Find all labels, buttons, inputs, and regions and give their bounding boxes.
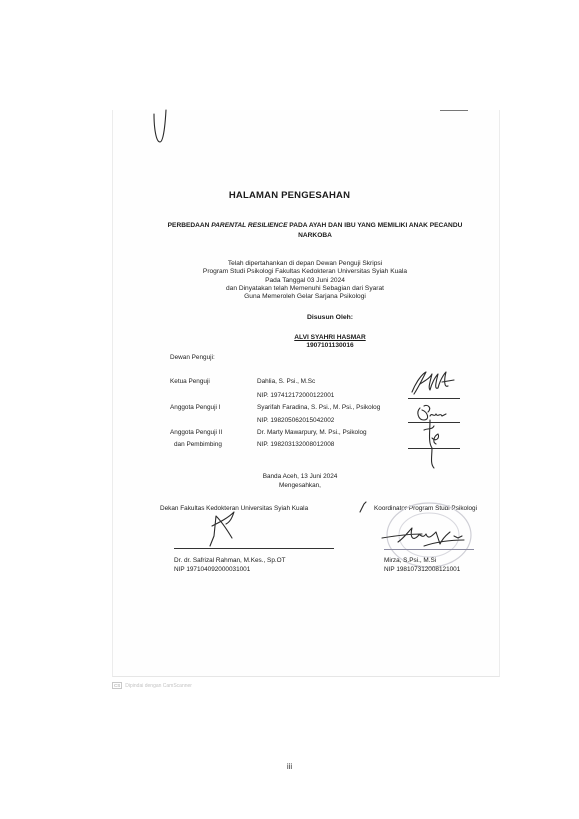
signature-dean [200,508,260,548]
defense-line: Pada Tanggal 03 Juni 2024 [150,277,460,285]
signature-line-dean [174,548,334,549]
approver-name: Dr. dr. Safrizal Rahman, M.Kes., Sp.OT [174,557,286,566]
approver-nip: NIP 198107312008121001 [384,566,460,575]
camscanner-icon: CS [112,682,122,689]
approver-nip: NIP 197104092000031001 [174,566,286,575]
signature-line [408,398,460,399]
compiled-by-label: Disusun Oleh: [270,314,390,321]
scanner-watermark: CS Dipindai dengan CamScanner [112,682,192,689]
examiner-role: Ketua Penguji [170,378,210,385]
examiner-name: Dahlia, S. Psi., M.Sc [257,378,315,385]
defense-line: Guna Memeroleh Gelar Sarjana Psikologi [150,293,460,301]
approver-name: Mirza, S.Psi., M.Si [384,557,460,566]
author-block: ALVI SYAHRI HASMAR 1907101130016 [255,334,405,350]
examiner-name: Dr. Marty Mawarpury, M. Psi., Psikolog [257,429,367,436]
place-date: Banda Aceh, 13 Juni 2024 [230,472,370,481]
signature-line-coordinator [384,549,474,550]
signature-examiner-1 [408,368,458,398]
examiner-name: Syarifah Faradina, S. Psi., M. Psi., Psi… [257,404,380,411]
thesis-title-italic: PARENTAL RESILIENCE [211,222,287,229]
approver-dean-block: Dr. dr. Safrizal Rahman, M.Kes., Sp.OT N… [174,557,286,574]
examiner-nip: NIP. 197412172000122001 [257,392,334,399]
approver-coordinator-block: Mirza, S.Psi., M.Si NIP 1981073120081210… [384,557,460,574]
examiner-role-line2: dan Pembimbing [174,441,222,448]
page-heading: HALAMAN PENGESAHAN [0,190,579,201]
thesis-title-suffix: PADA AYAH DAN IBU YANG MEMILIKI ANAK PEC… [287,222,462,239]
thesis-title-prefix: PERBEDAAN [168,222,212,229]
place-date-block: Banda Aceh, 13 Juni 2024 Mengesahkan, [230,472,370,490]
signature-coordinator [378,522,478,552]
defense-statement: Telah dipertahankan di depan Dewan Pengu… [150,260,460,301]
thesis-title: PERBEDAAN PARENTAL RESILIENCE PADA AYAH … [150,221,480,241]
defense-line: Telah dipertahankan di depan Dewan Pengu… [150,260,460,268]
author-name: ALVI SYAHRI HASMAR [255,334,405,342]
page-number: iii [0,762,579,771]
defense-line: dan Dinyatakan telah Memenuhi Sebagian d… [150,285,460,293]
scanner-text: Dipindai dengan CamScanner [125,683,192,689]
tick-mark [358,500,368,514]
ratified-label: Mengesahkan, [230,481,370,490]
examiners-label: Dewan Penguji: [170,354,215,361]
check-mark-scribble [150,108,170,148]
defense-line: Program Studi Psikologi Fakultas Kedokte… [150,268,460,276]
examiner-role: Anggota Penguji II [170,429,222,436]
examiner-role: Anggota Penguji I [170,404,220,411]
author-student-id: 1907101130016 [255,342,405,350]
examiner-nip: NIP. 198203132008012008 [257,441,334,448]
signature-examiner-3 [418,418,448,470]
scan-edge-mark [440,110,468,111]
examiner-nip: NIP. 198205062015042002 [257,417,334,424]
